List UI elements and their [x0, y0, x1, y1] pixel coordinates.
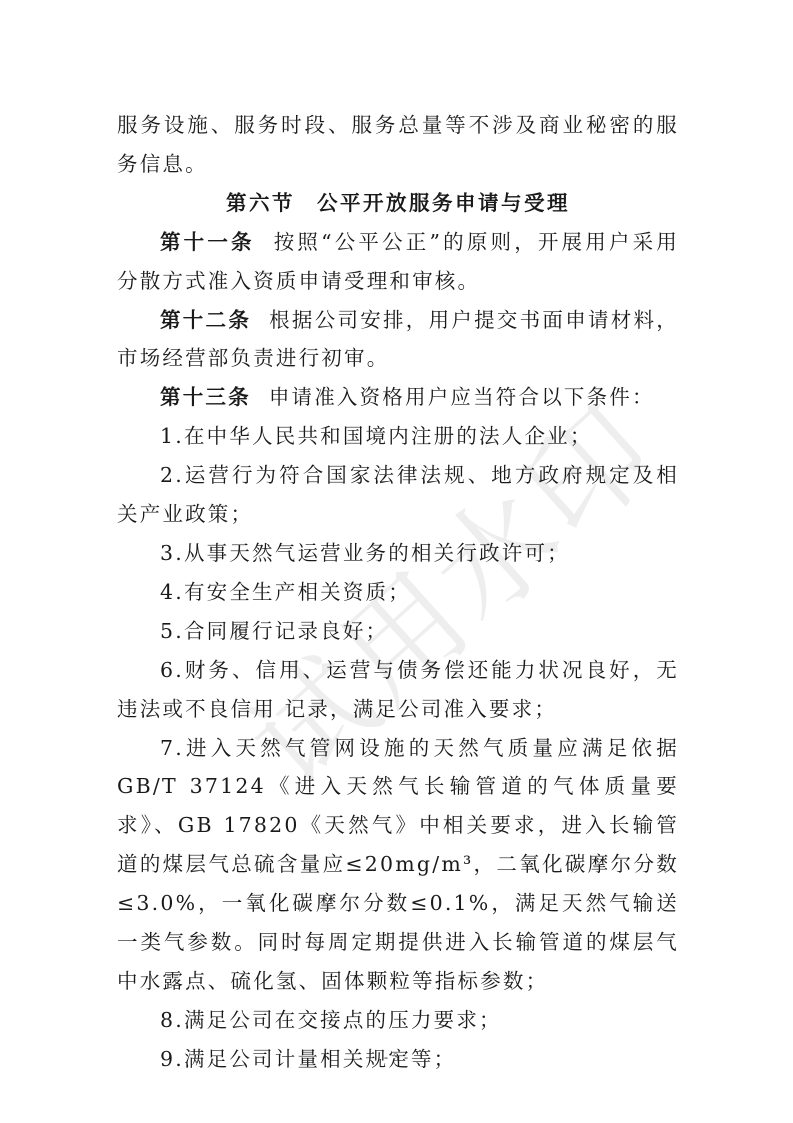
article-label: 第十二条 — [160, 308, 251, 332]
section-title: 公平开放服务申请与受理 — [317, 191, 570, 215]
section-heading: 第六节公平开放服务申请与受理 — [117, 184, 679, 223]
condition-3: 3.从事天然气运营业务的相关行政许可； — [117, 534, 679, 573]
page-number: - 3 - — [0, 1050, 793, 1065]
continuation-paragraph: 服务设施、服务时段、服务总量等不涉及商业秘密的服务信息。 — [117, 106, 679, 184]
condition-8: 8.满足公司在交接点的压力要求； — [117, 1001, 679, 1040]
page-content: 服务设施、服务时段、服务总量等不涉及商业秘密的服务信息。 第六节公平开放服务申请… — [117, 106, 679, 1079]
article-11: 第十一条按照“公平公正”的原则，开展用户采用分散方式准入资质申请受理和审核。 — [117, 223, 679, 301]
article-label: 第十一条 — [160, 230, 255, 254]
article-13: 第十三条申请准入资格用户应当符合以下条件： — [117, 378, 679, 417]
condition-1: 1.在中华人民共和国境内注册的法人企业； — [117, 417, 679, 456]
condition-2: 2.运营行为符合国家法律法规、地方政府规定及相关产业政策； — [117, 456, 679, 534]
document-page: 试用水印 服务设施、服务时段、服务总量等不涉及商业秘密的服务信息。 第六节公平开… — [0, 0, 793, 1123]
article-text: 申请准入资格用户应当符合以下条件： — [269, 385, 655, 409]
condition-6: 6.财务、信用、运营与债务偿还能力状况良好，无违法或不良信用 记录，满足公司准入… — [117, 651, 679, 729]
condition-7: 7.进入天然气管网设施的天然气质量应满足依据GB/T 37124《进入天然气长输… — [117, 729, 679, 1001]
article-label: 第十三条 — [160, 385, 251, 409]
article-12: 第十二条根据公司安排，用户提交书面申请材料，市场经营部负责进行初审。 — [117, 301, 679, 379]
section-number: 第六节 — [226, 191, 295, 215]
condition-5: 5.合同履行记录良好； — [117, 612, 679, 651]
condition-4: 4.有安全生产相关资质； — [117, 573, 679, 612]
